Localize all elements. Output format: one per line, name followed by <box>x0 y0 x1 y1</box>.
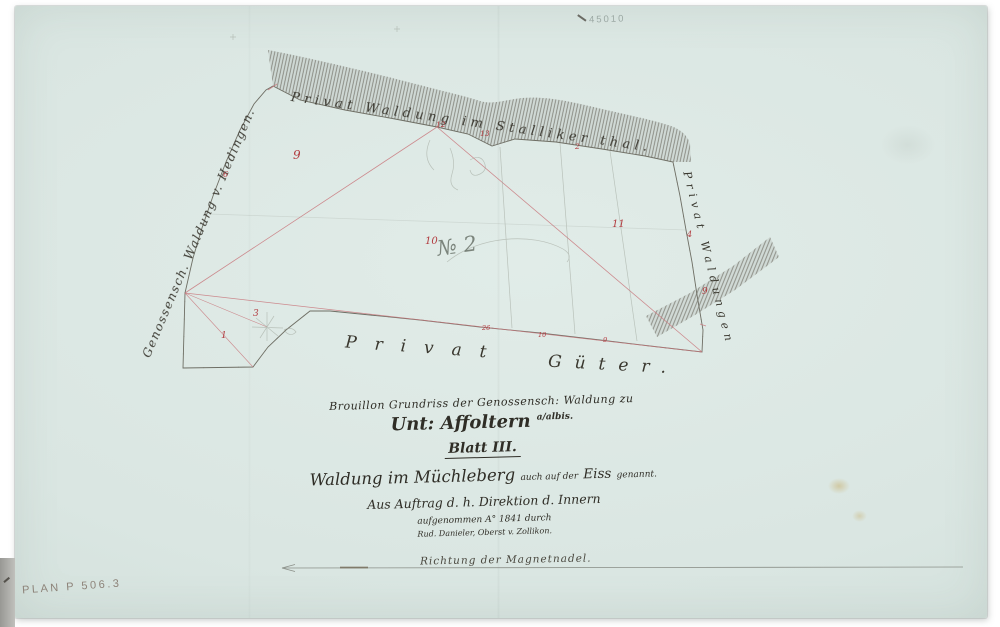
parcel-number: 10 <box>425 237 438 247</box>
forest-name-alt: Eiss <box>583 466 611 483</box>
title-place-main: Unt: Affoltern <box>390 411 531 436</box>
title-forest-name: Waldung im Müchleberg auch auf der Eiss … <box>283 461 683 490</box>
measure-number: 26 <box>482 325 490 332</box>
scanned-plan-page: Privat Waldung im Stalliker thal. Genoss… <box>0 0 1000 627</box>
forest-name-called: genannt. <box>616 469 657 480</box>
title-sheet: Blatt III. <box>282 435 682 463</box>
parcel-number: 13 <box>480 130 490 138</box>
parcel-number: 2 <box>575 143 580 151</box>
parcel-number: 6 <box>223 171 228 179</box>
measure-number: 10 <box>538 332 546 339</box>
parcel-number: 12 <box>436 121 446 129</box>
parcel-number: 1 <box>221 332 227 341</box>
forest-name-main: Waldung im Müchleberg <box>309 465 515 489</box>
parcel-number: 11 <box>612 220 625 230</box>
title-place-sub: a/albis. <box>537 412 574 423</box>
parcel-number: 9 <box>293 149 301 161</box>
title-block: Brouillon Grundriss der Genossensch: Wal… <box>281 391 685 542</box>
parcel-number: 4 <box>687 231 692 239</box>
parcel-number: 9 <box>702 288 708 297</box>
forest-name-also: auch auf der <box>520 472 578 484</box>
sheet-number: Blatt III. <box>444 439 521 459</box>
parcel-number: 3 <box>253 310 259 319</box>
measure-number: 9 <box>603 337 607 344</box>
faint-stamp-number: 45010 <box>589 13 626 25</box>
magnet-needle-line <box>282 565 963 572</box>
